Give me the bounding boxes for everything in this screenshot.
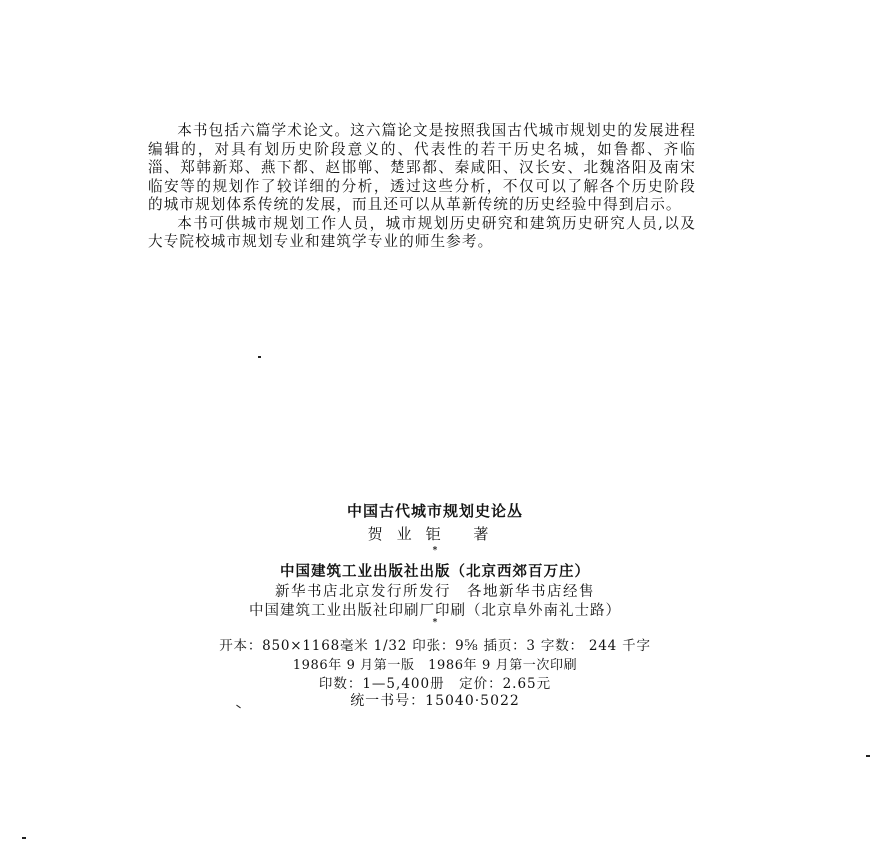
scan-speck <box>866 755 870 757</box>
separator-star: * <box>0 618 870 628</box>
edition-line: 1986年 9 月第一版 1986年 9 月第一次印刷 <box>0 654 870 673</box>
abstract-paragraph-1: 本书包括六篇学术论文。这六篇论文是按照我国古代城市规划史的发展进程编辑的，对具有… <box>148 122 696 215</box>
publisher-line: 中国建筑工业出版社出版（北京西郊百万庄） <box>0 560 870 581</box>
scan-speck <box>22 837 26 839</box>
separator-star: * <box>0 546 870 556</box>
printer-line: 中国建筑工业出版社印刷厂印刷（北京阜外南礼士路） <box>0 599 870 620</box>
book-abstract: 本书包括六篇学术论文。这六篇论文是按照我国古代城市规划史的发展进程编辑的，对具有… <box>148 122 696 252</box>
book-title: 中国古代城市规划史论丛 <box>0 500 870 521</box>
scan-speck <box>258 356 261 358</box>
print-run-price-line: 印数：1—5,400册 定价：2.65元 <box>0 672 870 692</box>
book-page: 本书包括六篇学术论文。这六篇论文是按照我国古代城市规划史的发展进程编辑的，对具有… <box>0 0 870 842</box>
format-specs-line: 开本：850×1168毫米 1/32 印张：9⅝ 插页：3 字数： 244 千字 <box>0 634 870 654</box>
book-author: 贺业钜 著 <box>0 523 870 544</box>
distributor-line: 新华书店北京发行所发行 各地新华书店经售 <box>0 580 870 601</box>
abstract-paragraph-2: 本书可供城市规划工作人员，城市规划历史研究和建筑历史研究人员,以及大专院校城市规… <box>148 215 696 252</box>
book-number-line: 统一书号：15040·5022 <box>0 690 870 710</box>
